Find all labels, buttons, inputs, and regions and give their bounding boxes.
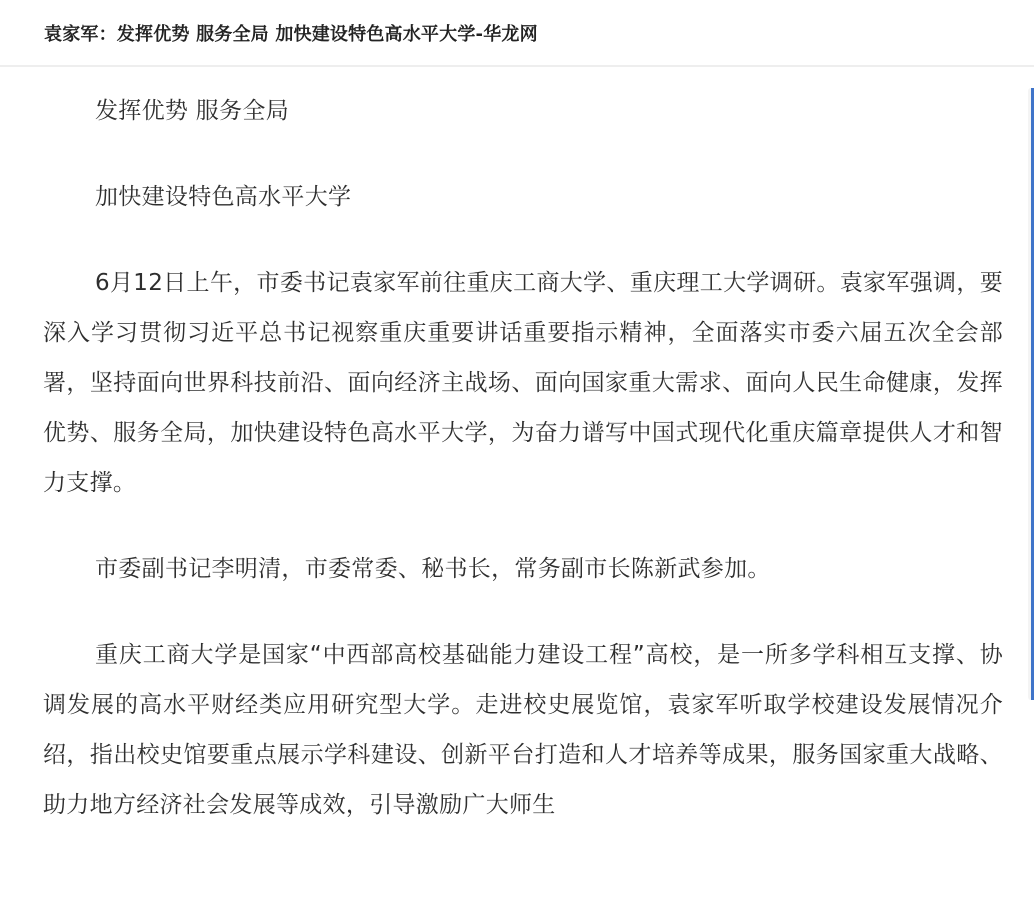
side-panel-edge[interactable] [1028,88,1034,700]
article-subtitle-1: 发挥优势 服务全局 [43,86,1003,136]
article-paragraph: 6月12日上午，市委书记袁家军前往重庆工商大学、重庆理工大学调研。袁家军强调，要… [43,258,1003,508]
article-subtitle-2: 加快建设特色高水平大学 [43,172,1003,222]
article-paragraph: 重庆工商大学是国家“中西部高校基础能力建设工程”高校，是一所多学科相互支撑、协调… [43,630,1003,830]
article-paragraph: 市委副书记李明清，市委常委、秘书长，常务副市长陈新武参加。 [43,544,1003,594]
article-body: 发挥优势 服务全局 加快建设特色高水平大学 6月12日上午，市委书记袁家军前往重… [43,86,1003,866]
page-title: 袁家军：发挥优势 服务全局 加快建设特色高水平大学-华龙网 [44,20,538,46]
page-header: 袁家军：发挥优势 服务全局 加快建设特色高水平大学-华龙网 [0,0,1034,67]
